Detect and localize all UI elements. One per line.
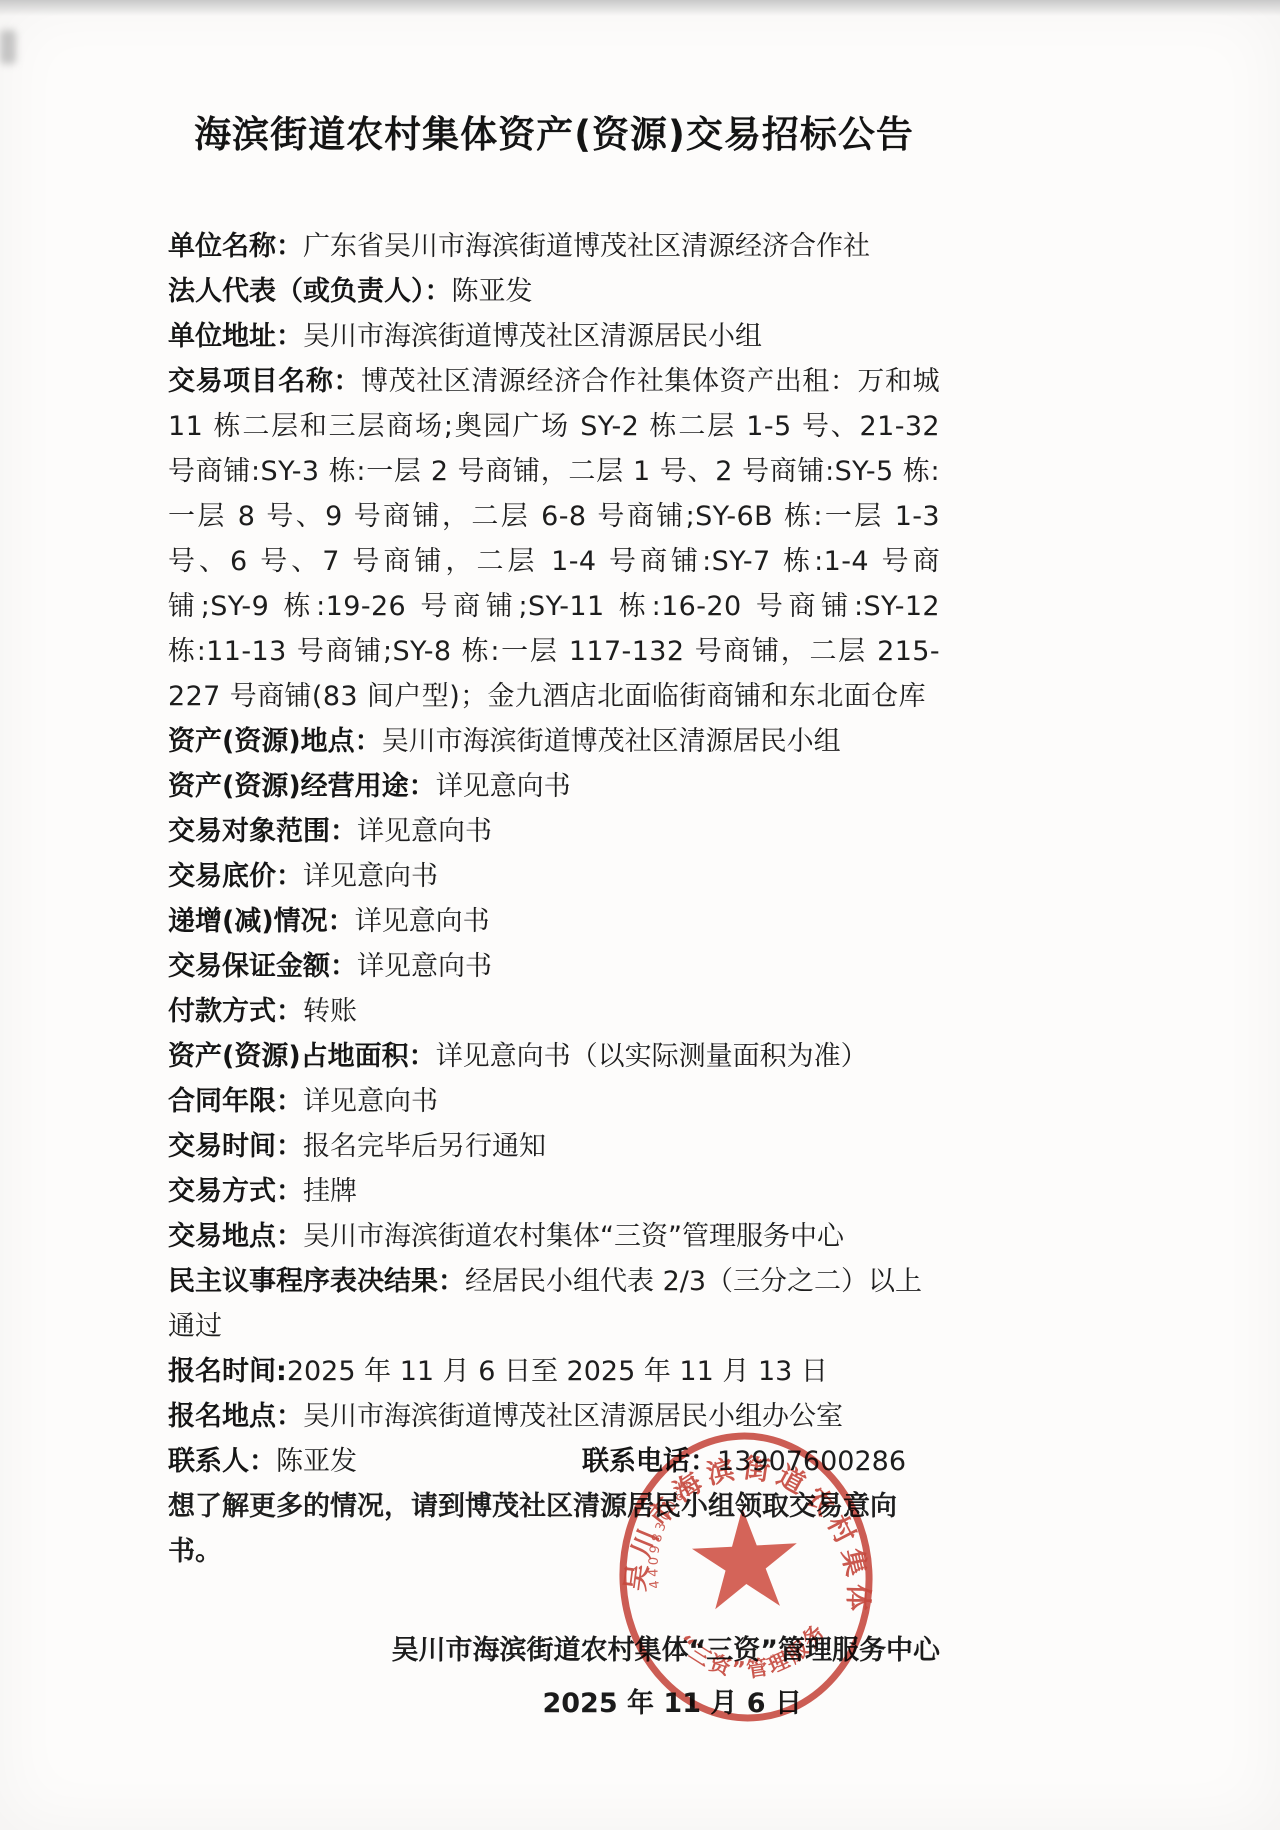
announcement-document: 海滨街道农村集体资产(资源)交易招标公告 单位名称：广东省吴川市海滨街道博茂社区… <box>0 0 1280 1830</box>
page-title: 海滨街道农村集体资产(资源)交易招标公告 <box>168 104 940 158</box>
field-value: 陈亚发 <box>452 276 533 307</box>
field-label: 资产(资源)地点： <box>168 726 382 757</box>
field-row-vote-result: 民主议事程序表决结果：经居民小组代表 2/3（三分之二）以上通过 <box>168 1259 940 1349</box>
field-value: 详见意向书 <box>303 861 438 892</box>
field-row-base-price: 交易底价：详见意向书 <box>168 854 940 899</box>
field-label: 民主议事程序表决结果： <box>168 1266 465 1297</box>
field-label: 交易时间： <box>168 1131 303 1162</box>
field-value: 吴川市海滨街道博茂社区清源居民小组 <box>303 321 762 352</box>
field-label: 递增(减)情况： <box>168 906 355 937</box>
field-label: 交易保证金额： <box>168 951 357 982</box>
field-row-area: 资产(资源)占地面积：详见意向书（以实际测量面积为准） <box>168 1034 940 1079</box>
field-label: 资产(资源)占地面积： <box>168 1041 436 1072</box>
field-label: 交易底价： <box>168 861 303 892</box>
field-row-project-name: 交易项目名称：博茂社区清源经济合作社集体资产出租：万和城 11 栋二层和三层商场… <box>168 359 940 719</box>
field-value: 博茂社区清源经济合作社集体资产出租：万和城 11 栋二层和三层商场;奥园广场 S… <box>168 366 940 712</box>
contact-person-value: 陈亚发 <box>276 1446 357 1477</box>
seal-star-icon <box>690 1505 800 1610</box>
field-label: 交易对象范围： <box>168 816 357 847</box>
field-value: 报名完毕后另行通知 <box>303 1131 546 1162</box>
field-row-payment-method: 付款方式：转账 <box>168 989 940 1034</box>
field-label: 合同年限： <box>168 1086 303 1117</box>
field-label: 单位地址： <box>168 321 303 352</box>
field-label: 交易方式： <box>168 1176 303 1207</box>
field-value: 详见意向书 <box>436 771 571 802</box>
official-seal: 吴川市海滨街道农村集体 4409830068 “三资”管理服务中心 <box>608 1422 884 1732</box>
field-row-increment: 递增(减)情况：详见意向书 <box>168 899 940 944</box>
field-label: 报名时间: <box>168 1356 287 1387</box>
field-row-trade-method: 交易方式：挂牌 <box>168 1169 940 1214</box>
field-row-unit-name: 单位名称：广东省吴川市海滨街道博茂社区清源经济合作社 <box>168 224 940 269</box>
field-label: 资产(资源)经营用途： <box>168 771 436 802</box>
field-value: 详见意向书 <box>357 816 492 847</box>
field-value: 吴川市海滨街道农村集体“三资”管理服务中心 <box>303 1221 844 1252</box>
field-value: 详见意向书 <box>357 951 492 982</box>
field-row-signup-time: 报名时间:2025 年 11 月 6 日至 2025 年 11 月 13 日 <box>168 1349 940 1394</box>
field-value: 2025 年 11 月 6 日至 2025 年 11 月 13 日 <box>287 1356 828 1387</box>
field-value: 详见意向书 <box>303 1086 438 1117</box>
field-row-legal-rep: 法人代表（或负责人）：陈亚发 <box>168 269 940 314</box>
field-label: 付款方式： <box>168 996 303 1027</box>
field-row-unit-address: 单位地址：吴川市海滨街道博茂社区清源居民小组 <box>168 314 940 359</box>
field-row-asset-use: 资产(资源)经营用途：详见意向书 <box>168 764 940 809</box>
contact-person: 联系人：陈亚发 <box>168 1439 357 1484</box>
field-value: 挂牌 <box>303 1176 357 1207</box>
field-row-trade-place: 交易地点：吴川市海滨街道农村集体“三资”管理服务中心 <box>168 1214 940 1259</box>
field-row-target-scope: 交易对象范围：详见意向书 <box>168 809 940 854</box>
field-value: 详见意向书（以实际测量面积为准） <box>436 1041 868 1072</box>
field-value: 详见意向书 <box>355 906 490 937</box>
field-label: 报名地点： <box>168 1401 303 1432</box>
contact-person-label: 联系人： <box>168 1446 276 1477</box>
field-row-contract-term: 合同年限：详见意向书 <box>168 1079 940 1124</box>
field-label: 交易项目名称： <box>168 366 361 397</box>
field-list: 单位名称：广东省吴川市海滨街道博茂社区清源经济合作社 法人代表（或负责人）：陈亚… <box>168 224 940 1574</box>
field-row-trade-time: 交易时间：报名完毕后另行通知 <box>168 1124 940 1169</box>
field-label: 交易地点： <box>168 1221 303 1252</box>
field-label: 法人代表（或负责人）： <box>168 276 452 307</box>
field-value: 吴川市海滨街道博茂社区清源居民小组 <box>382 726 841 757</box>
field-row-asset-location: 资产(资源)地点：吴川市海滨街道博茂社区清源居民小组 <box>168 719 940 764</box>
field-value: 转账 <box>303 996 357 1027</box>
field-value: 广东省吴川市海滨街道博茂社区清源经济合作社 <box>303 231 870 262</box>
field-label: 单位名称： <box>168 231 303 262</box>
field-row-deposit: 交易保证金额：详见意向书 <box>168 944 940 989</box>
